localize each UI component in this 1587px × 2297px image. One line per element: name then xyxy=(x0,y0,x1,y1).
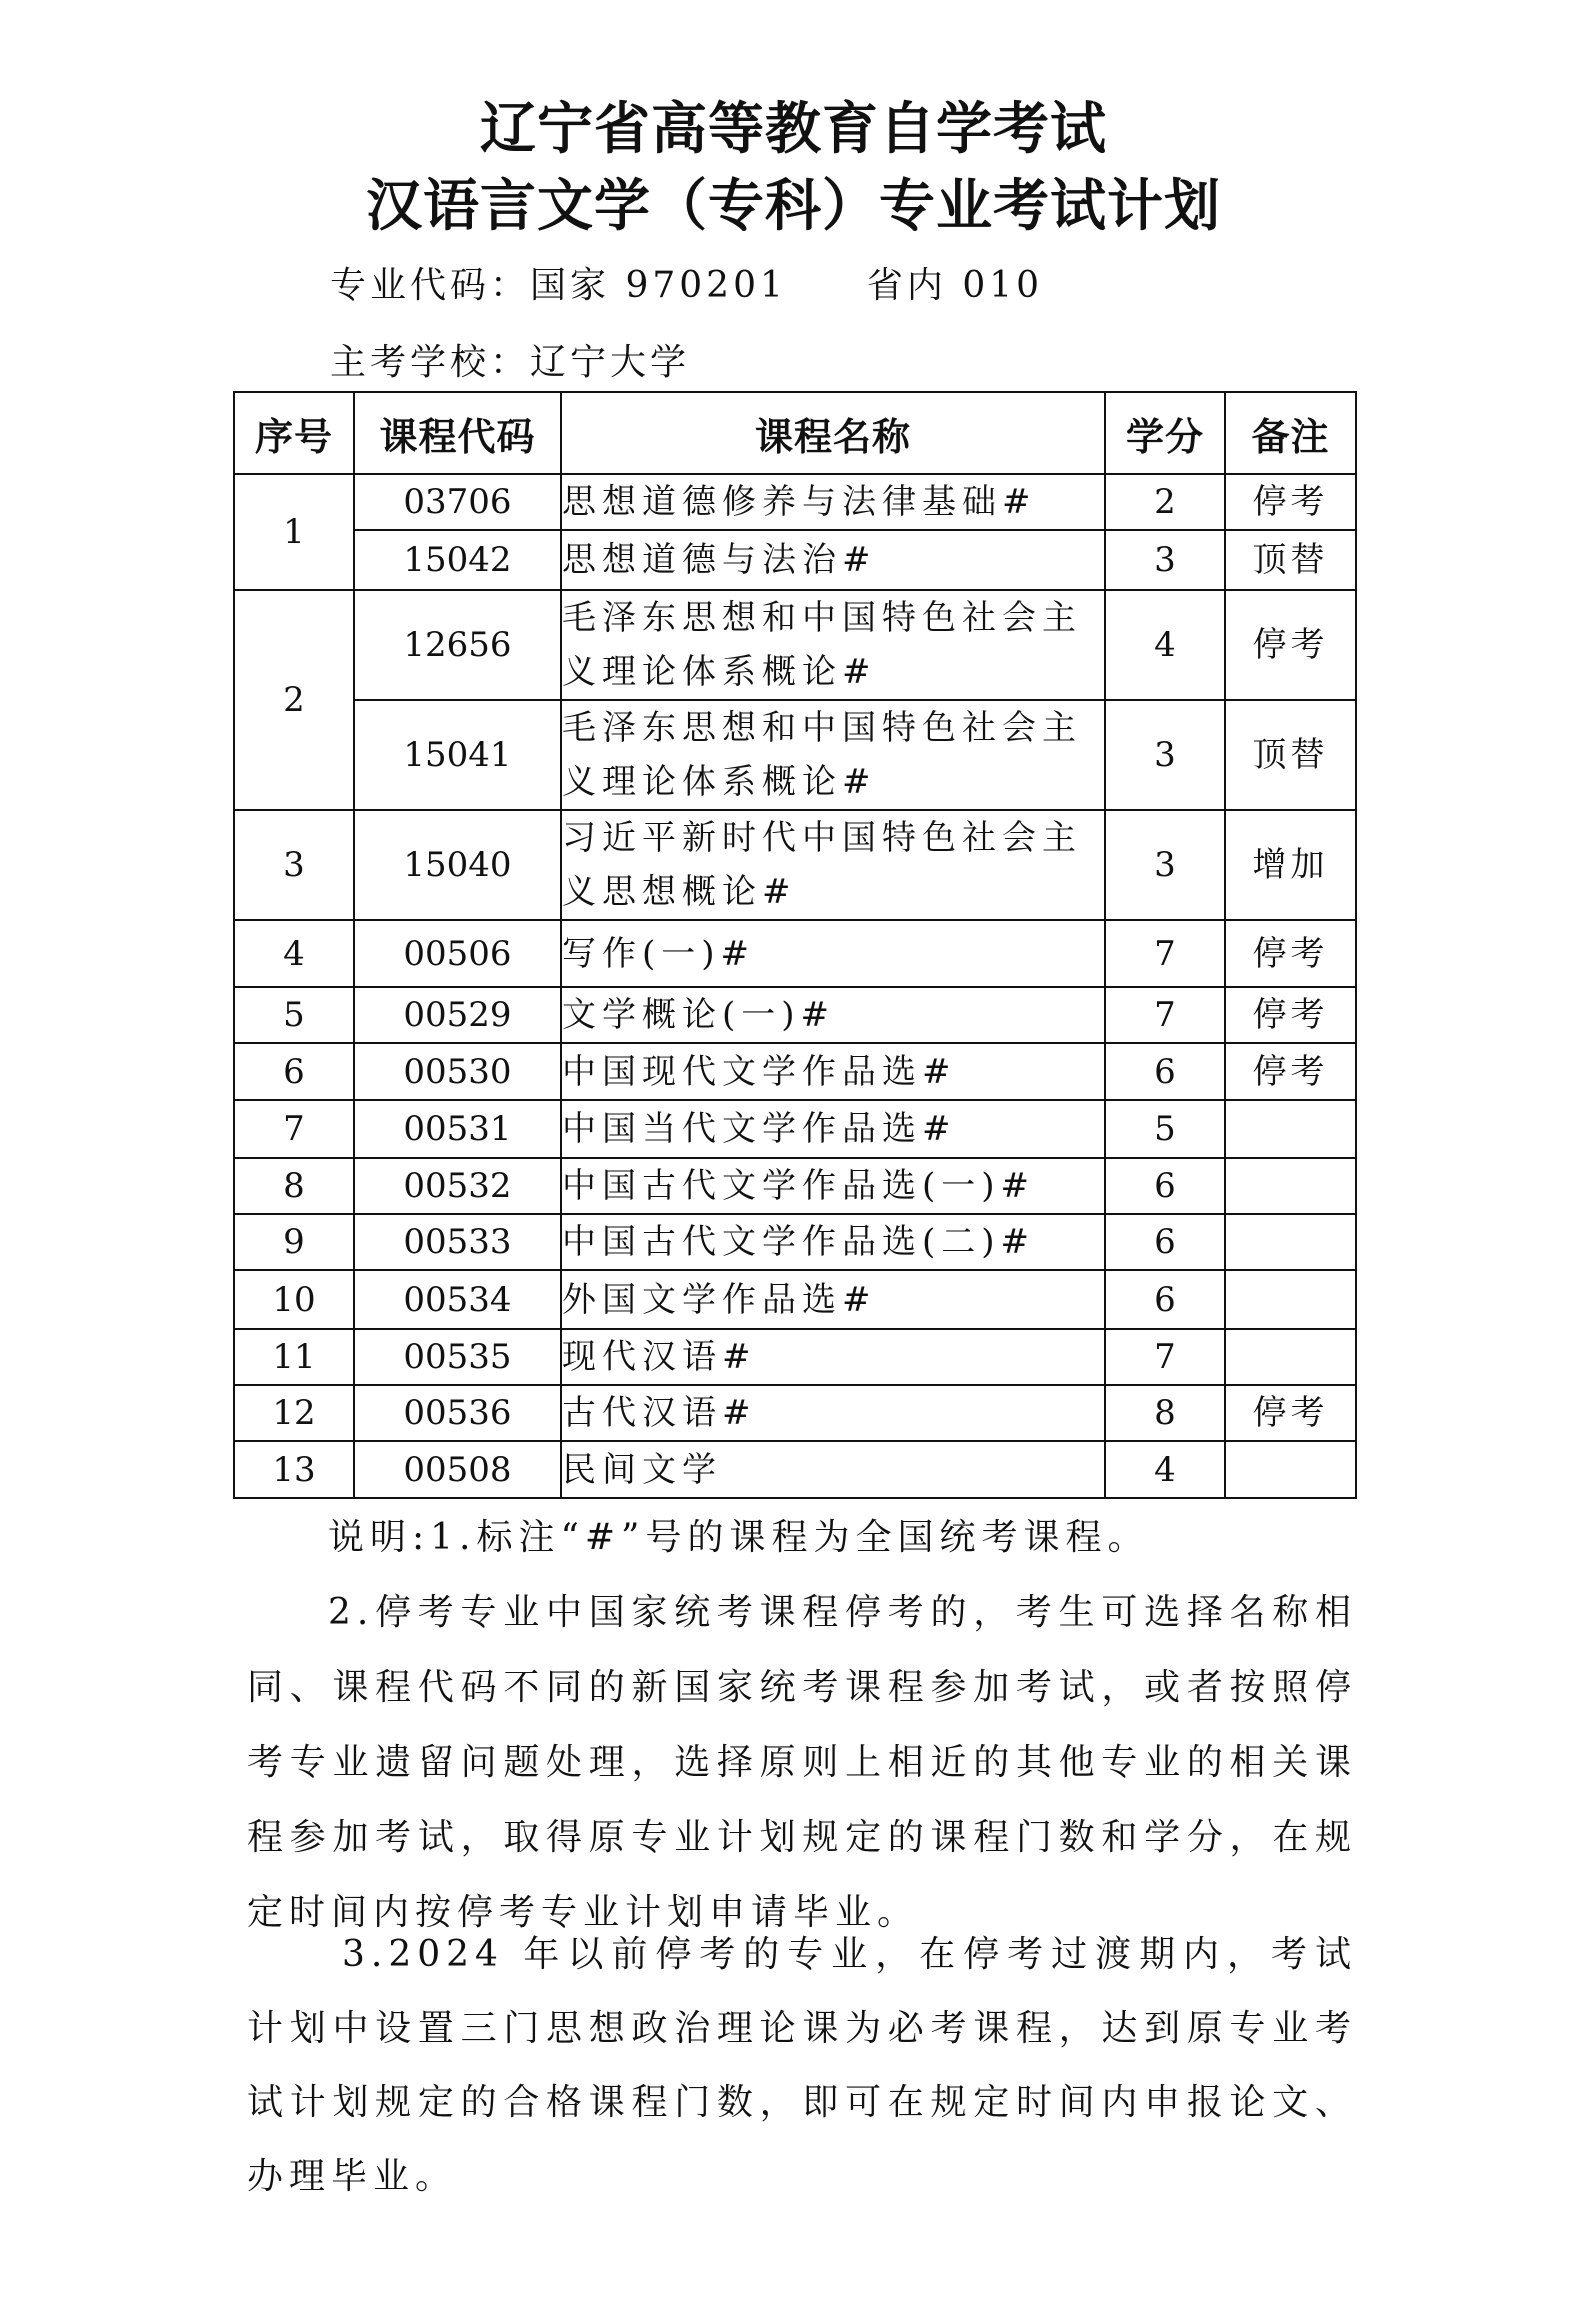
credits-cell: 7 xyxy=(1105,1329,1225,1385)
code-cell: 15042 xyxy=(354,530,561,590)
note-cell: 增加 xyxy=(1225,810,1356,920)
table-row: 10 00534 外国文学作品选# 6 xyxy=(234,1270,1356,1329)
table-row: 8 00532 中国古代文学作品选(一)# 6 xyxy=(234,1158,1356,1214)
name-cell: 思想道德与法治# xyxy=(561,530,1105,590)
table-row: 11 00535 现代汉语# 7 xyxy=(234,1329,1356,1385)
note-cell xyxy=(1225,1214,1356,1270)
seq-cell: 12 xyxy=(234,1385,354,1441)
document-title-line1: 辽宁省高等教育自学考试 xyxy=(0,100,1587,160)
table-row: 2 12656 毛泽东思想和中国特色社会主义理论体系概论# 4 停考 xyxy=(234,590,1356,700)
table-row: 13 00508 民间文学 4 xyxy=(234,1441,1356,1498)
code-cell: 15041 xyxy=(354,700,561,810)
note-2: 2.停考专业中国家统考课程停考的，考生可选择名称相同、课程代码不同的新国家统考课… xyxy=(247,1575,1357,1950)
table-row: 6 00530 中国现代文学作品选# 6 停考 xyxy=(234,1043,1356,1100)
table-row: 1 03706 思想道德修养与法律基础# 2 停考 xyxy=(234,474,1356,530)
seq-cell: 9 xyxy=(234,1214,354,1270)
seq-cell: 8 xyxy=(234,1158,354,1214)
note-cell: 停考 xyxy=(1225,474,1356,530)
credits-cell: 6 xyxy=(1105,1214,1225,1270)
major-code-line: 专业代码：国家 970201省内 010 xyxy=(330,264,1043,308)
header-name: 课程名称 xyxy=(561,392,1105,474)
code-cell: 00534 xyxy=(354,1270,561,1329)
table-row: 7 00531 中国当代文学作品选# 5 xyxy=(234,1100,1356,1158)
note-cell xyxy=(1225,1441,1356,1498)
code-cell: 00506 xyxy=(354,920,561,987)
provincial-code: 省内 010 xyxy=(867,265,1043,306)
table-row: 5 00529 文学概论(一)# 7 停考 xyxy=(234,987,1356,1043)
note-cell: 停考 xyxy=(1225,1043,1356,1100)
seq-cell: 11 xyxy=(234,1329,354,1385)
name-cell: 中国古代文学作品选(二)# xyxy=(561,1214,1105,1270)
code-cell: 00508 xyxy=(354,1441,561,1498)
credits-cell: 4 xyxy=(1105,590,1225,700)
code-cell: 03706 xyxy=(354,474,561,530)
note-cell: 顶替 xyxy=(1225,530,1356,590)
seq-cell: 7 xyxy=(234,1100,354,1158)
table-row: 15042 思想道德与法治# 3 顶替 xyxy=(234,530,1356,590)
name-cell: 毛泽东思想和中国特色社会主义理论体系概论# xyxy=(561,700,1105,810)
credits-cell: 8 xyxy=(1105,1385,1225,1441)
note-cell xyxy=(1225,1270,1356,1329)
table-row: 4 00506 写作(一)# 7 停考 xyxy=(234,920,1356,987)
note-1-text: 说明:1.标注“#”号的课程为全国统考课程。 xyxy=(247,1500,1357,1575)
code-cell: 00532 xyxy=(354,1158,561,1214)
table-row: 9 00533 中国古代文学作品选(二)# 6 xyxy=(234,1214,1356,1270)
code-cell: 15040 xyxy=(354,810,561,920)
code-cell: 00529 xyxy=(354,987,561,1043)
name-cell: 思想道德修养与法律基础# xyxy=(561,474,1105,530)
name-cell: 外国文学作品选# xyxy=(561,1270,1105,1329)
note-cell: 顶替 xyxy=(1225,700,1356,810)
seq-cell: 13 xyxy=(234,1441,354,1498)
table-row: 15041 毛泽东思想和中国特色社会主义理论体系概论# 3 顶替 xyxy=(234,700,1356,810)
table-row: 12 00536 古代汉语# 8 停考 xyxy=(234,1385,1356,1441)
credits-cell: 4 xyxy=(1105,1441,1225,1498)
host-school-line: 主考学校：辽宁大学 xyxy=(330,341,690,385)
credits-cell: 2 xyxy=(1105,474,1225,530)
seq-cell: 10 xyxy=(234,1270,354,1329)
credits-cell: 7 xyxy=(1105,920,1225,987)
note-cell xyxy=(1225,1329,1356,1385)
code-cell: 00530 xyxy=(354,1043,561,1100)
exam-plan-table: 序号 课程代码 课程名称 学分 备注 1 03706 思想道德修养与法律基础# … xyxy=(233,391,1357,1499)
name-cell: 毛泽东思想和中国特色社会主义理论体系概论# xyxy=(561,590,1105,700)
code-cell: 12656 xyxy=(354,590,561,700)
header-credits: 学分 xyxy=(1105,392,1225,474)
credits-cell: 5 xyxy=(1105,1100,1225,1158)
seq-cell: 5 xyxy=(234,987,354,1043)
header-seq: 序号 xyxy=(234,392,354,474)
document-title-line2: 汉语言文学（专科）专业考试计划 xyxy=(0,177,1587,237)
code-cell: 00531 xyxy=(354,1100,561,1158)
code-cell: 00535 xyxy=(354,1329,561,1385)
name-cell: 文学概论(一)# xyxy=(561,987,1105,1043)
note-cell xyxy=(1225,1100,1356,1158)
name-cell: 中国现代文学作品选# xyxy=(561,1043,1105,1100)
credits-cell: 6 xyxy=(1105,1270,1225,1329)
note-3-text: 3.2024 年以前停考的专业，在停考过渡期内，考试计划中设置三门思想政治理论课… xyxy=(247,1918,1357,2214)
note-cell xyxy=(1225,1158,1356,1214)
header-code: 课程代码 xyxy=(354,392,561,474)
name-cell: 现代汉语# xyxy=(561,1329,1105,1385)
name-cell: 习近平新时代中国特色社会主义思想概论# xyxy=(561,810,1105,920)
name-cell: 中国古代文学作品选(一)# xyxy=(561,1158,1105,1214)
name-cell: 写作(一)# xyxy=(561,920,1105,987)
note-cell: 停考 xyxy=(1225,920,1356,987)
national-code: 国家 970201 xyxy=(530,265,787,306)
table-row: 3 15040 习近平新时代中国特色社会主义思想概论# 3 增加 xyxy=(234,810,1356,920)
name-cell: 中国当代文学作品选# xyxy=(561,1100,1105,1158)
seq-cell: 4 xyxy=(234,920,354,987)
table-header-row: 序号 课程代码 课程名称 学分 备注 xyxy=(234,392,1356,474)
note-cell: 停考 xyxy=(1225,590,1356,700)
note-1: 说明:1.标注“#”号的课程为全国统考课程。 xyxy=(247,1500,1357,1575)
credits-cell: 7 xyxy=(1105,987,1225,1043)
host-school: 辽宁大学 xyxy=(530,342,690,383)
header-note: 备注 xyxy=(1225,392,1356,474)
credits-cell: 6 xyxy=(1105,1043,1225,1100)
credits-cell: 3 xyxy=(1105,530,1225,590)
name-cell: 民间文学 xyxy=(561,1441,1105,1498)
credits-cell: 6 xyxy=(1105,1158,1225,1214)
name-cell: 古代汉语# xyxy=(561,1385,1105,1441)
note-3: 3.2024 年以前停考的专业，在停考过渡期内，考试计划中设置三门思想政治理论课… xyxy=(247,1918,1357,2214)
seq-cell: 1 xyxy=(234,474,354,590)
code-cell: 00536 xyxy=(354,1385,561,1441)
credits-cell: 3 xyxy=(1105,700,1225,810)
seq-cell: 6 xyxy=(234,1043,354,1100)
host-school-label: 主考学校： xyxy=(330,342,530,383)
credits-cell: 3 xyxy=(1105,810,1225,920)
code-cell: 00533 xyxy=(354,1214,561,1270)
note-cell: 停考 xyxy=(1225,987,1356,1043)
note-2-text: 2.停考专业中国家统考课程停考的，考生可选择名称相同、课程代码不同的新国家统考课… xyxy=(247,1575,1357,1950)
seq-cell: 2 xyxy=(234,590,354,810)
seq-cell: 3 xyxy=(234,810,354,920)
note-cell: 停考 xyxy=(1225,1385,1356,1441)
major-code-label: 专业代码： xyxy=(330,265,530,306)
